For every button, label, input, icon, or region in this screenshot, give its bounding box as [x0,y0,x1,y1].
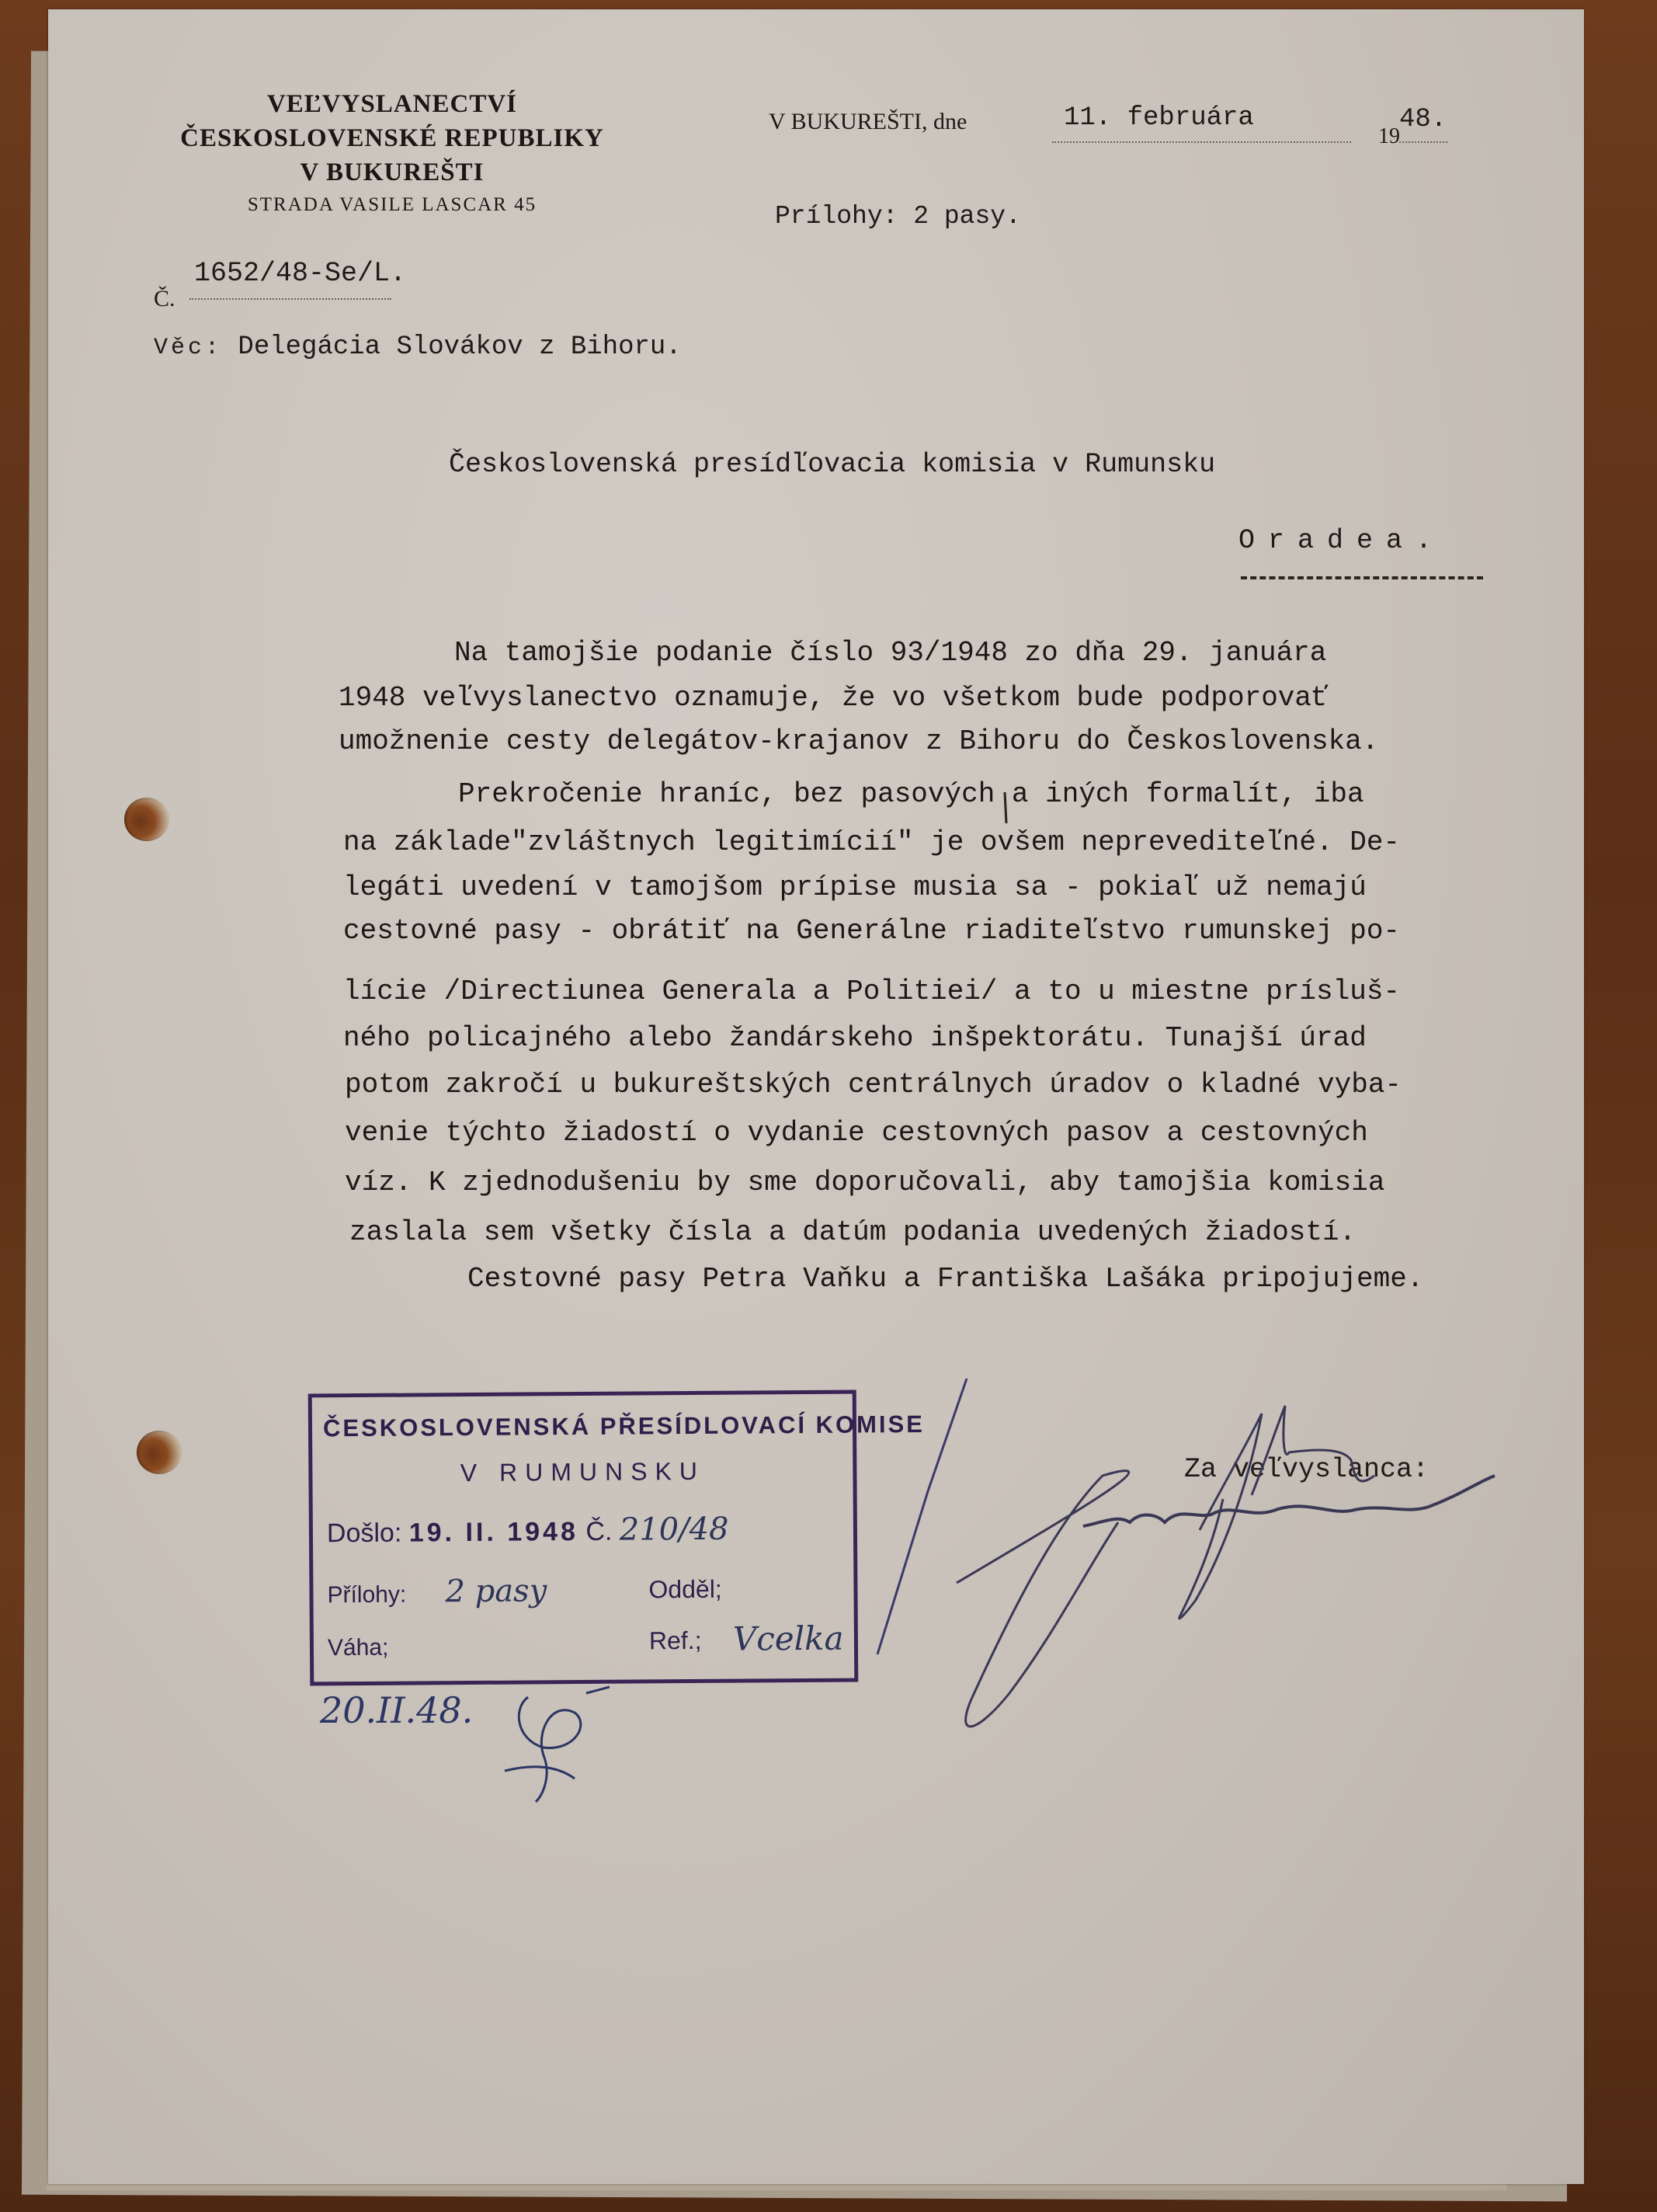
signature-caption: Za veľvyslanca: [1184,1454,1429,1485]
stamp-subtitle: V RUMUNSKU [312,1456,853,1489]
punch-hole-icon [137,1431,182,1474]
recipient-name: Československá presídľovacia komisia v R… [449,449,1215,480]
receipt-stamp: ČESKOSLOVENSKÁ PŘESÍDLOVACÍ KOMISE V RUM… [308,1390,859,1686]
body-line: 1948 veľvyslanectvo oznamuje, že vo všet… [339,682,1329,714]
body-line: Na tamojšie podanie číslo 93/1948 zo dňa… [454,637,1326,669]
handwritten-date-note: 20.II.48. [320,1689,473,1731]
stamp-number-label: Č. [585,1517,612,1546]
stamp-attachments-label: Přílohy: [327,1582,406,1609]
stamp-title: ČESKOSLOVENSKÁ PŘESÍDLOVACÍ KOMISE [323,1411,851,1443]
letterhead-city: V BUKUREŠTI [140,155,644,190]
stamp-referent-label: Ref.; [649,1626,702,1655]
stamp-received-date: 19. II. 1948 [409,1517,578,1548]
letterhead-address: STRADA VASILE LASCAR 45 [140,190,644,221]
stamp-referent-signature: Vcelka [733,1619,844,1658]
body-line: ného policajného alebo žandárskeho inšpe… [343,1022,1367,1054]
stamp-department-label: Odděl; [648,1575,722,1605]
body-line: lície /Directiunea Generala a Politiei/ … [343,976,1400,1007]
stamp-received-row: Došlo: 19. II. 1948 Č. 210/48 [327,1511,729,1550]
stamp-number-value: 210/48 [620,1511,729,1548]
body-line: víz. K zjednodušeniu by sme doporučovali… [345,1167,1384,1198]
subject-value: Delegácia Slovákov z Bihoru. [238,332,681,362]
letterhead-embassy: VEĽVYSLANECTVÍ [140,87,644,121]
reference-dotted-line [189,298,391,300]
stamp-weight-label: Váha; [328,1635,389,1662]
year-dotted-line [1399,141,1447,143]
reference-label: Č. [154,286,175,312]
stamp-attachments-value: 2 pasy [445,1573,547,1609]
body-line: cestovné pasy - obrátiť na Generálne ria… [343,915,1400,947]
place-date-label: V BUKUREŠTI, dne [769,109,967,135]
letterhead: VEĽVYSLANECTVÍ ČESKOSLOVENSKÉ REPUBLIKY … [140,87,644,221]
body-line: Cestovné pasy Petra Vaňku a Františka La… [467,1263,1423,1295]
city-underline [1241,576,1483,579]
letterhead-republic: ČESKOSLOVENSKÉ REPUBLIKY [140,121,644,155]
date-dotted-line [1052,141,1351,143]
body-line: legáti uvedení v tamojšom prípise musia … [343,871,1367,903]
date-value: 11. februára [1064,103,1254,133]
subject-line: Věc: Delegácia Slovákov z Bihoru. [154,332,682,362]
body-line: potom zakročí u bukureštských centrálnyc… [345,1069,1402,1101]
stamp-received-label: Došlo: [327,1518,402,1549]
subject-label: Věc: [154,335,222,361]
recipient-city: Oradea. [1238,525,1445,556]
year-suffix: 48. [1399,105,1447,134]
body-line: zaslala sem všetky čísla a datúm podania… [349,1216,1356,1248]
body-line: Prekročenie hraníc, bez pasových a iných… [458,778,1364,810]
body-line: venie týchto žiadostí o vydanie cestovný… [345,1117,1368,1149]
body-line: umožnenie cesty delegátov-krajanov z Bih… [339,725,1378,757]
year-prefix: 19 [1378,124,1400,149]
body-line: na základe"zvláštnych legitimícií" je ov… [343,826,1400,858]
attachments-note: Prílohy: 2 pasy. [775,202,1021,231]
reference-number: 1652/48-Se/L. [194,258,406,289]
punch-hole-icon [124,798,169,841]
